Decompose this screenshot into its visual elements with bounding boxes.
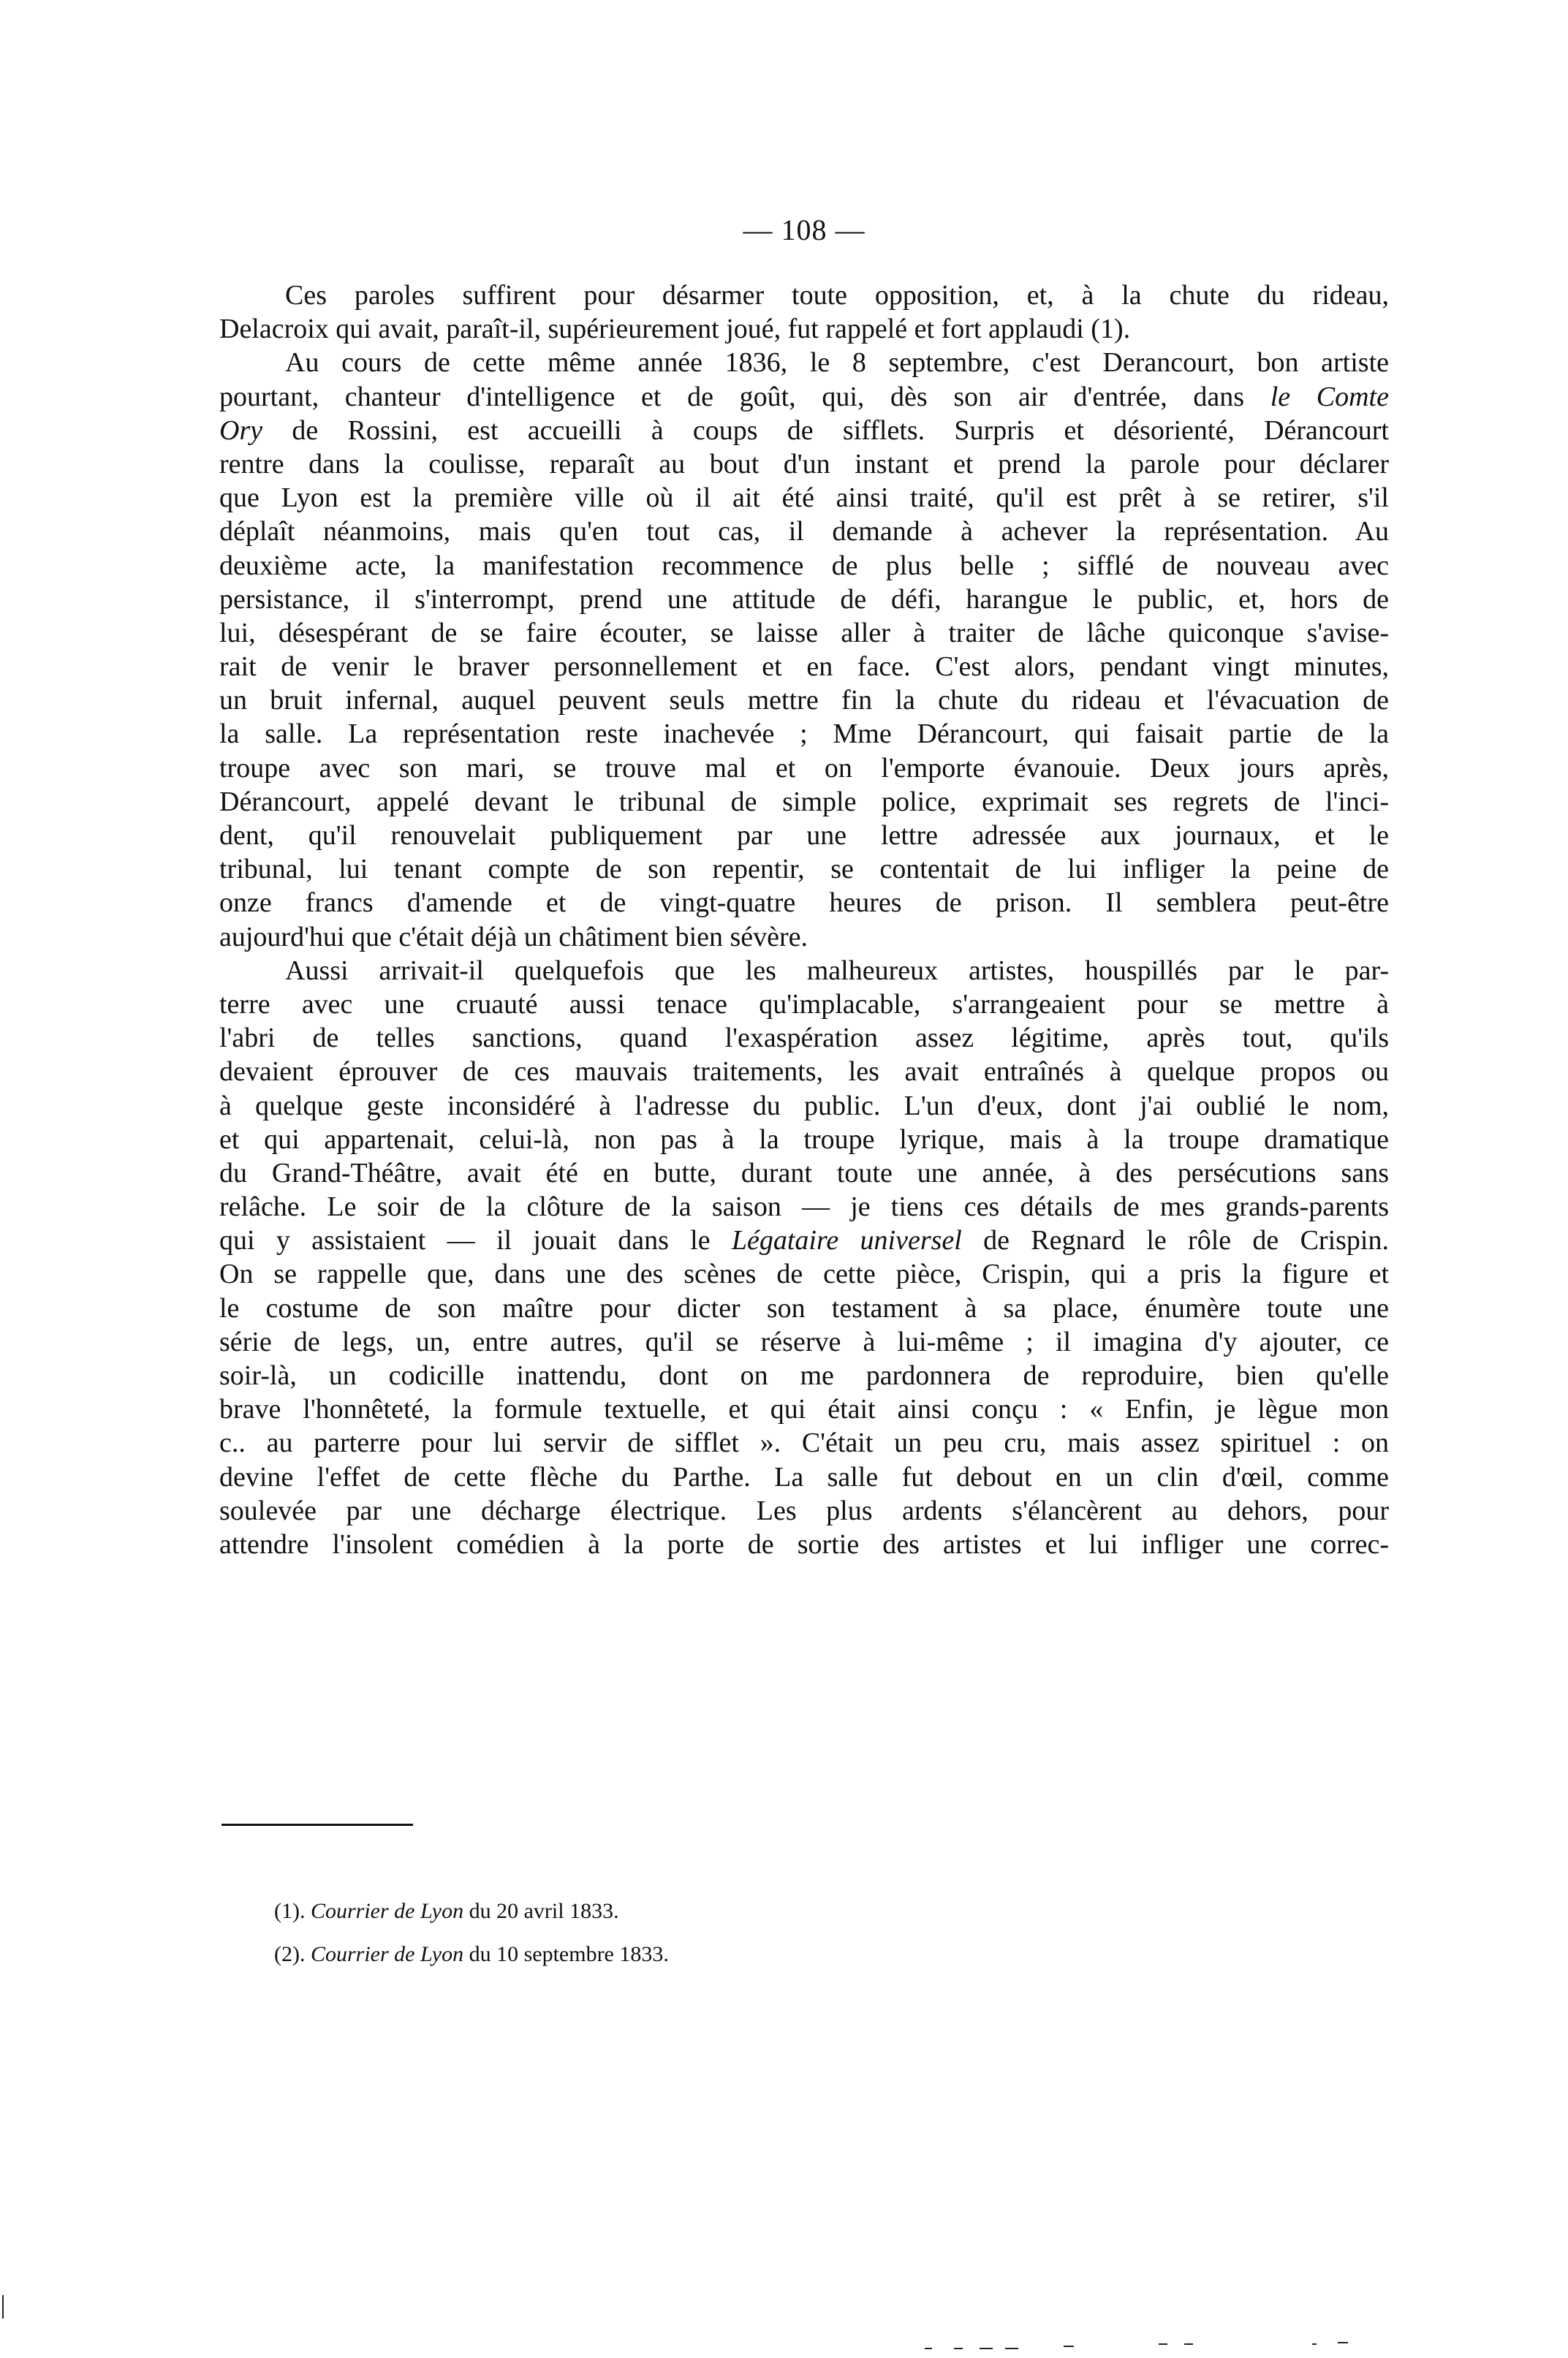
footnote-2: (2). Courrier de Lyon du 10 septembre 18… — [274, 1933, 669, 1976]
text-line: Ory de Rossini, est accueilli à coups de… — [219, 414, 1389, 447]
text-line: c.. au parterre pour lui servir de siffl… — [219, 1426, 1389, 1460]
text-segment: du Grand-Théâtre, avait été en butte, du… — [219, 1158, 1389, 1189]
scan-artifact-dash — [980, 2348, 993, 2349]
text-line: relâche. Le soir de la clôture de la sai… — [219, 1190, 1389, 1224]
text-segment: deuxième acte, la manifestation recommen… — [219, 550, 1389, 581]
text-segment: persistance, il s'interrompt, prend une … — [219, 584, 1389, 615]
text-line: pourtant, chanteur d'intelligence et de … — [219, 380, 1389, 414]
text-segment: de Regnard le rôle de Crispin. — [962, 1225, 1389, 1256]
text-line: dent, qu'il renouvelait publiquement par… — [219, 819, 1389, 852]
text-segment: devine l'effet de cette flèche du Parthe… — [219, 1462, 1389, 1493]
text-segment: devaient éprouver de ces mauvais traitem… — [219, 1056, 1389, 1087]
body-text: Ces paroles suffirent pour désarmer tout… — [219, 278, 1389, 1561]
text-segment: à quelque geste inconsidéré à l'adresse … — [219, 1091, 1389, 1121]
text-segment: On se rappelle que, dans une des scènes … — [219, 1259, 1389, 1289]
footnote-source-title: Courrier de Lyon — [311, 1899, 463, 1923]
text-line: tribunal, lui tenant compte de son repen… — [219, 852, 1389, 886]
text-segment: série de legs, un, entre autres, qu'il s… — [219, 1327, 1389, 1357]
footnote-separator-rule — [221, 1824, 413, 1826]
text-line: On se rappelle que, dans une des scènes … — [219, 1257, 1389, 1291]
scan-artifact-dash — [1064, 2346, 1074, 2347]
text-segment: de Rossini, est accueilli à coups de sif… — [262, 415, 1389, 446]
footnote-source-title: Courrier de Lyon — [311, 1942, 463, 1966]
scan-artifact-dash — [1338, 2342, 1348, 2343]
text-segment: c.. au parterre pour lui servir de siffl… — [219, 1428, 1389, 1458]
text-segment: aujourd'hui que c'était déjà un châtimen… — [219, 922, 808, 952]
text-segment: soulevée par une décharge électrique. Le… — [219, 1495, 1389, 1526]
text-segment: et qui appartenait, celui-là, non pas à … — [219, 1124, 1389, 1155]
text-segment: que Lyon est la première ville où il ait… — [219, 482, 1389, 513]
text-line: et qui appartenait, celui-là, non pas à … — [219, 1123, 1389, 1156]
text-segment: la salle. La représentation reste inache… — [219, 719, 1389, 749]
text-line: qui y assistaient — il jouait dans le Lé… — [219, 1224, 1389, 1257]
text-segment: rentre dans la coulisse, reparaît au bou… — [219, 449, 1389, 479]
footnote-marker: (2). — [274, 1942, 311, 1966]
text-line: Aussi arrivait-il quelquefois que les ma… — [219, 954, 1389, 987]
text-segment: Dérancourt, appelé devant le tribunal de… — [219, 786, 1389, 817]
text-line: soir-là, un codicille inattendu, dont on… — [219, 1359, 1389, 1392]
text-segment: terre avec une cruauté aussi tenace qu'i… — [219, 989, 1389, 1020]
footnote-1: (1). Courrier de Lyon du 20 avril 1833. — [274, 1889, 669, 1933]
text-segment: pourtant, chanteur d'intelligence et de … — [219, 382, 1270, 412]
text-line: déplaît néanmoins, mais qu'en tout cas, … — [219, 515, 1389, 548]
footnote-date: du 10 septembre 1833. — [463, 1942, 669, 1966]
scan-artifact-dash — [1159, 2343, 1167, 2345]
text-line: le costume de son maître pour dicter son… — [219, 1292, 1389, 1325]
text-segment: Aussi arrivait-il quelquefois que les ma… — [285, 955, 1389, 986]
text-segment: Au cours de cette même année 1836, le 8 … — [285, 347, 1389, 378]
text-segment: lui, désespérant de se faire écouter, se… — [219, 618, 1389, 648]
text-line: troupe avec son mari, se trouve mal et o… — [219, 751, 1389, 785]
text-line: lui, désespérant de se faire écouter, se… — [219, 616, 1389, 650]
text-line: Au cours de cette même année 1836, le 8 … — [219, 346, 1389, 379]
scan-artifact-dash — [925, 2348, 932, 2349]
text-line: aujourd'hui que c'était déjà un châtimen… — [219, 920, 1389, 954]
scan-artifact-dash — [954, 2348, 963, 2349]
text-segment: un bruit infernal, auquel peuvent seuls … — [219, 685, 1389, 716]
scan-artifact-dash — [1312, 2343, 1317, 2345]
italic-title: Ory — [219, 415, 262, 446]
scan-artifact-dash — [1005, 2348, 1018, 2349]
text-line: que Lyon est la première ville où il ait… — [219, 481, 1389, 515]
text-line: l'abri de telles sanctions, quand l'exas… — [219, 1021, 1389, 1055]
text-line: à quelque geste inconsidéré à l'adresse … — [219, 1089, 1389, 1123]
text-segment: rait de venir le braver personnellement … — [219, 651, 1389, 682]
text-line: terre avec une cruauté aussi tenace qu'i… — [219, 987, 1389, 1021]
text-segment: onze francs d'amende et de vingt-quatre … — [219, 887, 1389, 918]
text-line: du Grand-Théâtre, avait été en butte, du… — [219, 1156, 1389, 1190]
text-segment: le costume de son maître pour dicter son… — [219, 1293, 1389, 1324]
italic-title: le Comte — [1270, 382, 1389, 412]
text-line: série de legs, un, entre autres, qu'il s… — [219, 1325, 1389, 1359]
text-line: onze francs d'amende et de vingt-quatre … — [219, 886, 1389, 920]
text-segment: soir-là, un codicille inattendu, dont on… — [219, 1360, 1389, 1391]
footnote-marker: (1). — [274, 1899, 311, 1923]
text-segment: troupe avec son mari, se trouve mal et o… — [219, 753, 1389, 784]
text-line: devine l'effet de cette flèche du Parthe… — [219, 1460, 1389, 1494]
text-segment: Delacroix qui avait, paraît-il, supérieu… — [219, 314, 1130, 344]
text-line: brave l'honnêteté, la formule textuelle,… — [219, 1392, 1389, 1426]
text-line: Ces paroles suffirent pour désarmer tout… — [219, 278, 1389, 312]
text-line: deuxième acte, la manifestation recommen… — [219, 549, 1389, 583]
footnote-date: du 20 avril 1833. — [463, 1899, 618, 1923]
text-line: soulevée par une décharge électrique. Le… — [219, 1494, 1389, 1528]
text-segment: Ces paroles suffirent pour désarmer tout… — [285, 280, 1389, 311]
page-number: — 108 — — [0, 212, 1568, 249]
scan-artifact-margin-line — [2, 2295, 4, 2319]
scan-artifact-dash — [1184, 2343, 1193, 2345]
text-segment: déplaît néanmoins, mais qu'en tout cas, … — [219, 516, 1389, 547]
text-line: attendre l'insolent comédien à la porte … — [219, 1528, 1389, 1561]
italic-title: Légataire universel — [732, 1225, 962, 1256]
text-line: Delacroix qui avait, paraît-il, supérieu… — [219, 312, 1389, 346]
text-line: rentre dans la coulisse, reparaît au bou… — [219, 447, 1389, 481]
text-line: devaient éprouver de ces mauvais traitem… — [219, 1055, 1389, 1088]
text-segment: relâche. Le soir de la clôture de la sai… — [219, 1191, 1389, 1222]
text-segment: dent, qu'il renouvelait publiquement par… — [219, 820, 1389, 851]
text-line: rait de venir le braver personnellement … — [219, 650, 1389, 683]
footnotes: (1). Courrier de Lyon du 20 avril 1833. … — [274, 1889, 669, 1976]
text-line: la salle. La représentation reste inache… — [219, 717, 1389, 751]
text-segment: attendre l'insolent comédien à la porte … — [219, 1529, 1389, 1560]
text-segment: brave l'honnêteté, la formule textuelle,… — [219, 1394, 1389, 1425]
text-line: un bruit infernal, auquel peuvent seuls … — [219, 683, 1389, 717]
text-segment: tribunal, lui tenant compte de son repen… — [219, 854, 1389, 884]
text-segment: l'abri de telles sanctions, quand l'exas… — [219, 1023, 1389, 1053]
text-line: Dérancourt, appelé devant le tribunal de… — [219, 785, 1389, 819]
text-line: persistance, il s'interrompt, prend une … — [219, 583, 1389, 616]
text-segment: qui y assistaient — il jouait dans le — [219, 1225, 732, 1256]
